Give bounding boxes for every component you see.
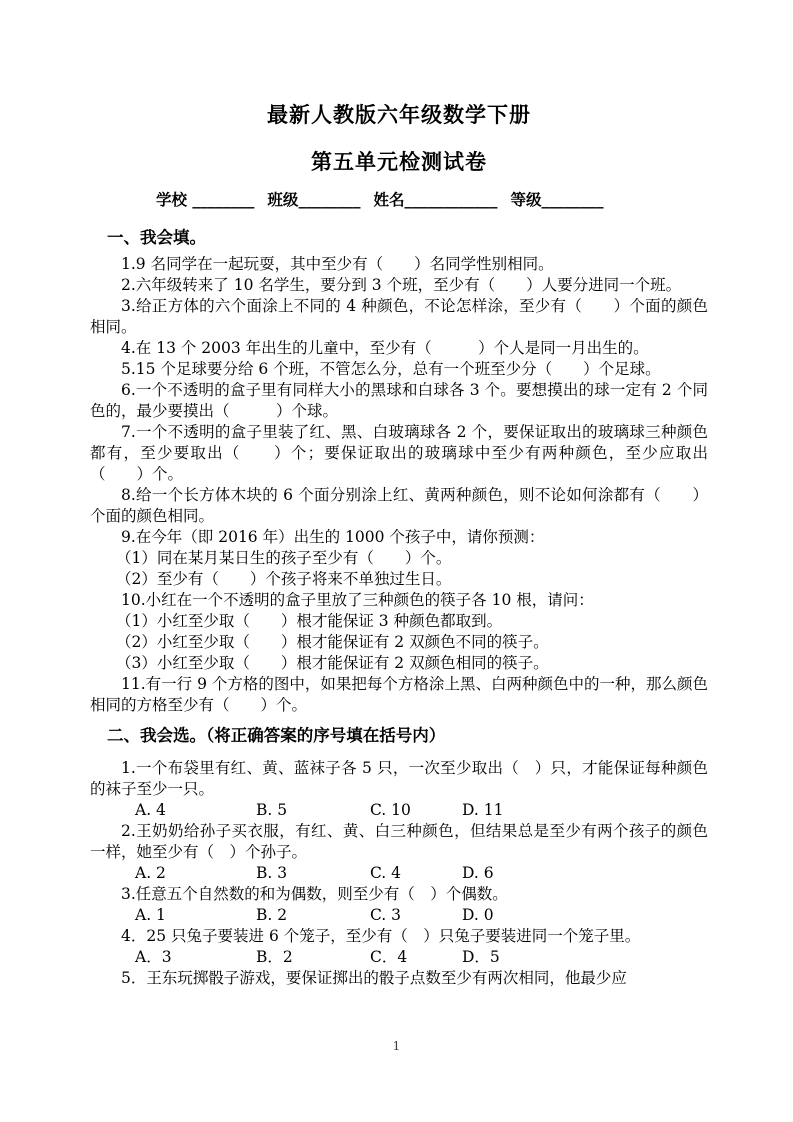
class-field: 班级________	[267, 190, 360, 210]
choice-question-1-options: A. 4B. 5C. 10D. 11	[90, 800, 708, 821]
choice-question-5: 5．王东玩掷骰子游戏，要保证掷出的骰子点数至少有两次相同，他最少应	[90, 968, 708, 989]
fill-question-9: 9.在今年（即 2016 年）出生的 1000 个孩子中，请你预测：	[90, 527, 708, 548]
fill-question-9-sub-2: （2）至少有（ ）个孩子将来不单独过生日。	[90, 569, 708, 590]
fill-question-7: 7.一个不透明的盒子里装了红、黑、白玻璃球各 2 个，要保证取出的玻璃球三种颜色…	[90, 422, 708, 485]
document-page: 最新人教版六年级数学下册 第五单元检测试卷 学校 ________ 班级____…	[0, 0, 793, 1122]
class-blank: ________	[298, 191, 360, 209]
choice-question-3-options: A. 1B. 2C. 3D. 0	[90, 905, 708, 926]
option-a: A. 2	[135, 863, 256, 884]
fill-question-10-sub-2: （2）小红至少取（ ）根才能保证有 2 双颜色不同的筷子。	[90, 632, 708, 653]
school-blank: ________	[187, 191, 254, 209]
grade-field: 等级________	[510, 190, 603, 210]
option-a: A. 1	[135, 905, 256, 926]
fill-question-6: 6.一个不透明的盒子里有同样大小的黑球和白球各 3 个。要想摸出的球一定有 2 …	[90, 380, 708, 422]
name-label: 姓名	[373, 191, 404, 209]
option-c: C. 4	[370, 863, 462, 884]
grade-blank: ________	[541, 191, 603, 209]
class-label: 班级	[267, 191, 298, 209]
option-c: C. 3	[370, 905, 462, 926]
option-d: D．5	[462, 947, 500, 968]
fill-question-10-sub-1: （1）小红至少取（ ）根才能保证 3 种颜色都取到。	[90, 611, 708, 632]
choice-question-2-options: A. 2B. 3C. 4D. 6	[90, 863, 708, 884]
name-blank: ____________	[404, 191, 497, 209]
option-b: B. 5	[256, 800, 370, 821]
option-b: B．2	[256, 947, 370, 968]
doc-title-line2: 第五单元检测试卷	[90, 150, 708, 174]
option-d: D. 11	[462, 800, 503, 821]
fill-question-10-sub-3: （3）小红至少取（ ）根才能保证有 2 双颜色相同的筷子。	[90, 653, 708, 674]
section-fill-heading: 一、我会填。	[90, 227, 708, 248]
section-choice-heading: 二、我会选。（将正确答案的序号填在括号内）	[90, 725, 708, 746]
grade-label: 等级	[510, 191, 541, 209]
fill-question-9-sub-1: （1）同在某月某日生的孩子至少有（ ）个。	[90, 548, 708, 569]
fill-question-3: 3.给正方体的六个面涂上不同的 4 种颜色，不论怎样涂，至少有（ ）个面的颜色相…	[90, 296, 708, 338]
student-info-row: 学校 ________ 班级________ 姓名____________ 等级…	[90, 190, 708, 210]
document-content: 最新人教版六年级数学下册 第五单元检测试卷 学校 ________ 班级____…	[0, 0, 793, 989]
choice-question-2: 2.王奶奶给孙子买衣服，有红、黄、白三种颜色，但结果总是至少有两个孩子的颜色一样…	[90, 821, 708, 863]
doc-title-line1: 最新人教版六年级数学下册	[90, 103, 708, 127]
option-a: A. 4	[135, 800, 256, 821]
fill-question-11: 11.有一行 9 个方格的图中，如果把每个方格涂上黑、白两种颜色中的一种，那么颜…	[90, 674, 708, 716]
fill-question-10: 10.小红在一个不透明的盒子里放了三种颜色的筷子各 10 根，请问：	[90, 590, 708, 611]
option-c: C．4	[370, 947, 462, 968]
choice-question-3: 3.任意五个自然数的和为偶数，则至少有（ ）个偶数。	[90, 884, 708, 905]
choice-question-4-options: A．3B．2C．4D．5	[90, 947, 708, 968]
option-a: A．3	[135, 947, 256, 968]
option-d: D. 0	[462, 905, 494, 926]
option-b: B. 3	[256, 863, 370, 884]
option-d: D. 6	[462, 863, 494, 884]
option-c: C. 10	[370, 800, 462, 821]
school-field: 学校 ________	[156, 190, 254, 210]
fill-question-5: 5.15 个足球要分给 6 个班，不管怎么分，总有一个班至少分（ ）个足球。	[90, 359, 708, 380]
choice-question-4: 4．25 只兔子要装进 6 个笼子，至少有（ ）只兔子要装进同一个笼子里。	[90, 926, 708, 947]
school-label: 学校	[156, 191, 187, 209]
fill-question-2: 2.六年级转来了 10 名学生，要分到 3 个班，至少有（ ）人要分进同一个班。	[90, 275, 708, 296]
fill-question-1: 1.9 名同学在一起玩耍，其中至少有（ ）名同学性别相同。	[90, 254, 708, 275]
name-field: 姓名____________	[373, 190, 497, 210]
choice-question-1: 1.一个布袋里有红、黄、蓝袜子各 5 只，一次至少取出（ ）只，才能保证每种颜色…	[90, 758, 708, 800]
option-b: B. 2	[256, 905, 370, 926]
fill-question-4: 4.在 13 个 2003 年出生的儿童中，至少有（ ）个人是同一月出生的。	[90, 338, 708, 359]
fill-question-8: 8.给一个长方体木块的 6 个面分别涂上红、黄两种颜色，则不论如何涂都有（ ）个…	[90, 485, 708, 527]
page-number: 1	[0, 1038, 793, 1054]
